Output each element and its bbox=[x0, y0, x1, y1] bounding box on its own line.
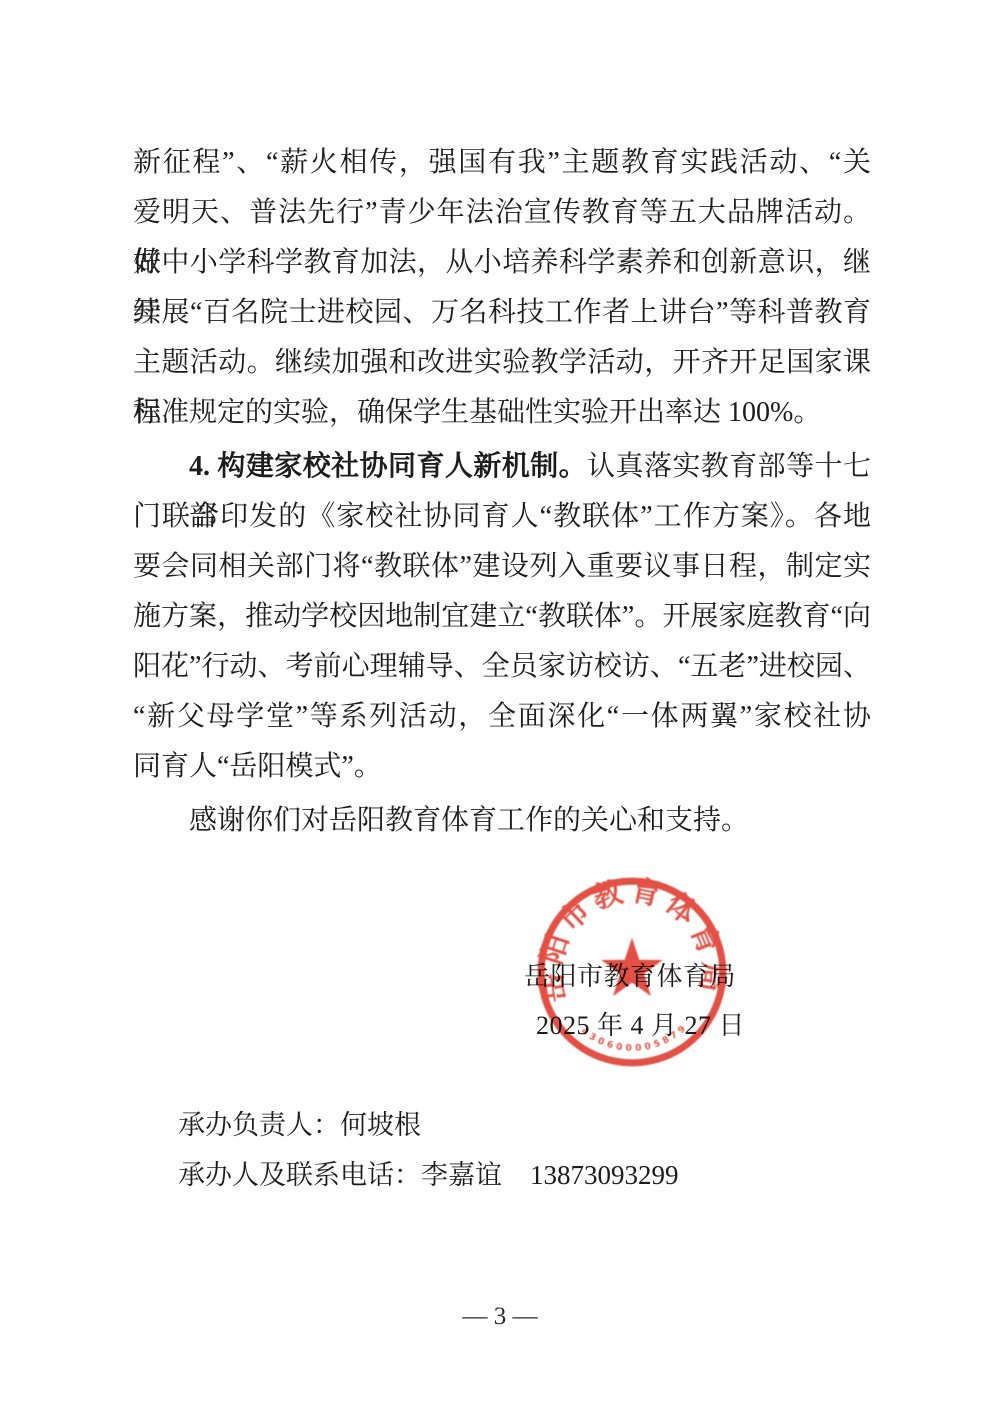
contact-block: 承办负责人：何坡根 承办人及联系电话：李嘉谊13873093299 bbox=[178, 1100, 679, 1200]
paragraph-2: 4. 构建家校社协同育人新机制。认真落实教育部等十七部 门联合印发的《家校社协同… bbox=[133, 442, 871, 792]
seal-arc-text: 岳阳市教育体育局 bbox=[534, 873, 729, 1005]
body-line: 4. 构建家校社协同育人新机制。认真落实教育部等十七部 bbox=[133, 442, 871, 492]
body-line: 施方案，推动学校因地制宜建立“教联体”。开展家庭教育“向 bbox=[133, 592, 871, 642]
document-page: 新征程”、“薪火相传，强国有我”主题教育实践活动、“关 爱明天、普法先行”青少年… bbox=[0, 0, 1000, 1414]
contact-name: 李嘉谊 bbox=[421, 1160, 502, 1190]
body-line: 爱明天、普法先行”青少年法治宣传教育等五大品牌活动。做 bbox=[133, 188, 871, 238]
responsible-name: 何坡根 bbox=[340, 1110, 421, 1140]
body-line: “新父母学堂”等系列活动，全面深化“一体两翼”家校社协 bbox=[133, 692, 871, 742]
page-number: — 3 — bbox=[0, 1303, 1000, 1331]
paragraph-3: 感谢你们对岳阳教育体育工作的关心和支持。 bbox=[133, 796, 871, 846]
body-line: 要会同相关部门将“教联体”建设列入重要议事日程，制定实 bbox=[133, 542, 871, 592]
contact-label: 承办人及联系电话： bbox=[178, 1160, 421, 1190]
body-line: 阳花”行动、考前心理辅导、全员家访校访、“五老”进校园、 bbox=[133, 642, 871, 692]
contact-phone-line: 承办人及联系电话：李嘉谊13873093299 bbox=[178, 1150, 679, 1200]
body-line: 门联合印发的《家校社协同育人“教联体”工作方案》。各地 bbox=[133, 492, 871, 542]
body-line: 同育人“岳阳模式”。 bbox=[133, 742, 871, 792]
body-line: 主题活动。继续加强和改进实验教学活动，开齐开足国家课程 bbox=[133, 338, 871, 388]
body-line: 好中小学科学教育加法，从小培养科学素养和创新意识，继续 bbox=[133, 238, 871, 288]
contact-responsible-line: 承办负责人：何坡根 bbox=[178, 1100, 679, 1150]
contact-phone: 13873093299 bbox=[530, 1160, 679, 1190]
responsible-label: 承办负责人： bbox=[178, 1110, 340, 1140]
paragraph-1: 新征程”、“薪火相传，强国有我”主题教育实践活动、“关 爱明天、普法先行”青少年… bbox=[133, 138, 871, 438]
paragraph-2-heading: 4. 构建家校社协同育人新机制。 bbox=[189, 451, 587, 482]
body-line: 感谢你们对岳阳教育体育工作的关心和支持。 bbox=[133, 796, 871, 846]
official-seal: 岳阳市教育体育局 4306000058798 bbox=[521, 861, 743, 1083]
body-line: 开展“百名院士进校园、万名科技工作者上讲台”等科普教育 bbox=[133, 288, 871, 338]
body-line: 标准规定的实验，确保学生基础性实验开出率达 100%。 bbox=[133, 388, 871, 438]
seal-star-icon bbox=[601, 938, 662, 996]
body-line: 新征程”、“薪火相传，强国有我”主题教育实践活动、“关 bbox=[133, 138, 871, 188]
document-body: 新征程”、“薪火相传，强国有我”主题教育实践活动、“关 爱明天、普法先行”青少年… bbox=[133, 138, 871, 846]
